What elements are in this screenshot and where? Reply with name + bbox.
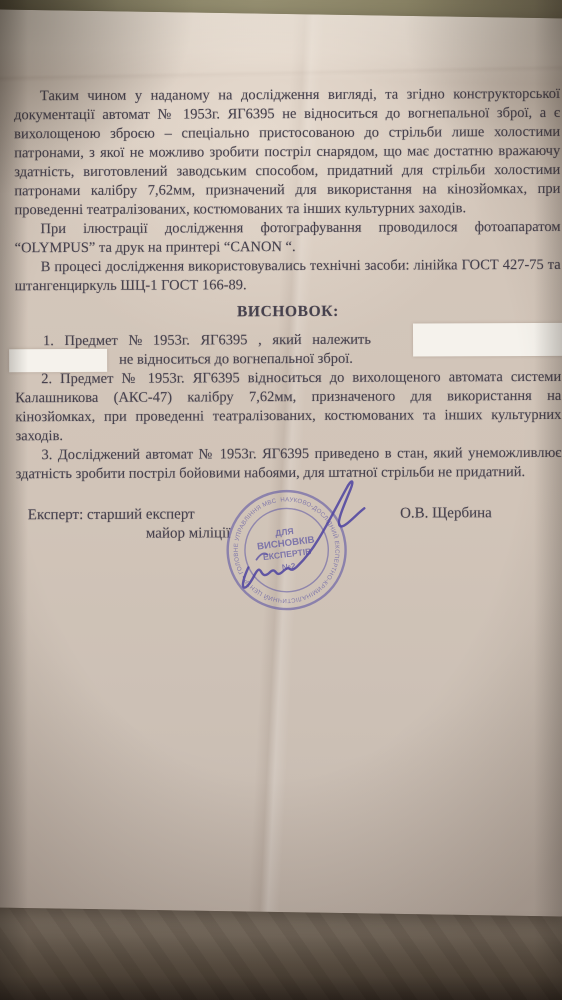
document-page: Таким чином у наданому на дослідження ви…: [0, 9, 562, 916]
photo-of-document: Таким чином у наданому на дослідження ви…: [0, 0, 562, 1000]
expert-name: О.В. Щербина: [400, 504, 562, 543]
conclusion-item-2: 2. Предмет № 1953г. ЯГ6395 відноситься д…: [15, 368, 561, 446]
paragraph-conclusion-summary: Таким чином у наданому на дослідження ви…: [14, 85, 561, 220]
expert-role-line: Експерт: старший експерт: [28, 505, 231, 525]
signature-scribble: [226, 459, 380, 613]
expert-rank: майор міліції: [28, 524, 231, 544]
redaction-box-1: [413, 323, 562, 357]
section-heading-vysnovok: ВИСНОВОК:: [15, 301, 561, 322]
redaction-box-2: [9, 349, 107, 372]
paragraph-photo-equipment: При ілюстрації дослідження фотографуванн…: [15, 218, 561, 258]
conclusion-item-1: 1. Предмет № 1953г. ЯГ6395 , який належи…: [15, 330, 561, 370]
expert-role: Експерт: старший експерт майор міліції: [16, 505, 231, 544]
paragraph-technical-means: В процесі дослідження використовувались …: [15, 256, 561, 296]
